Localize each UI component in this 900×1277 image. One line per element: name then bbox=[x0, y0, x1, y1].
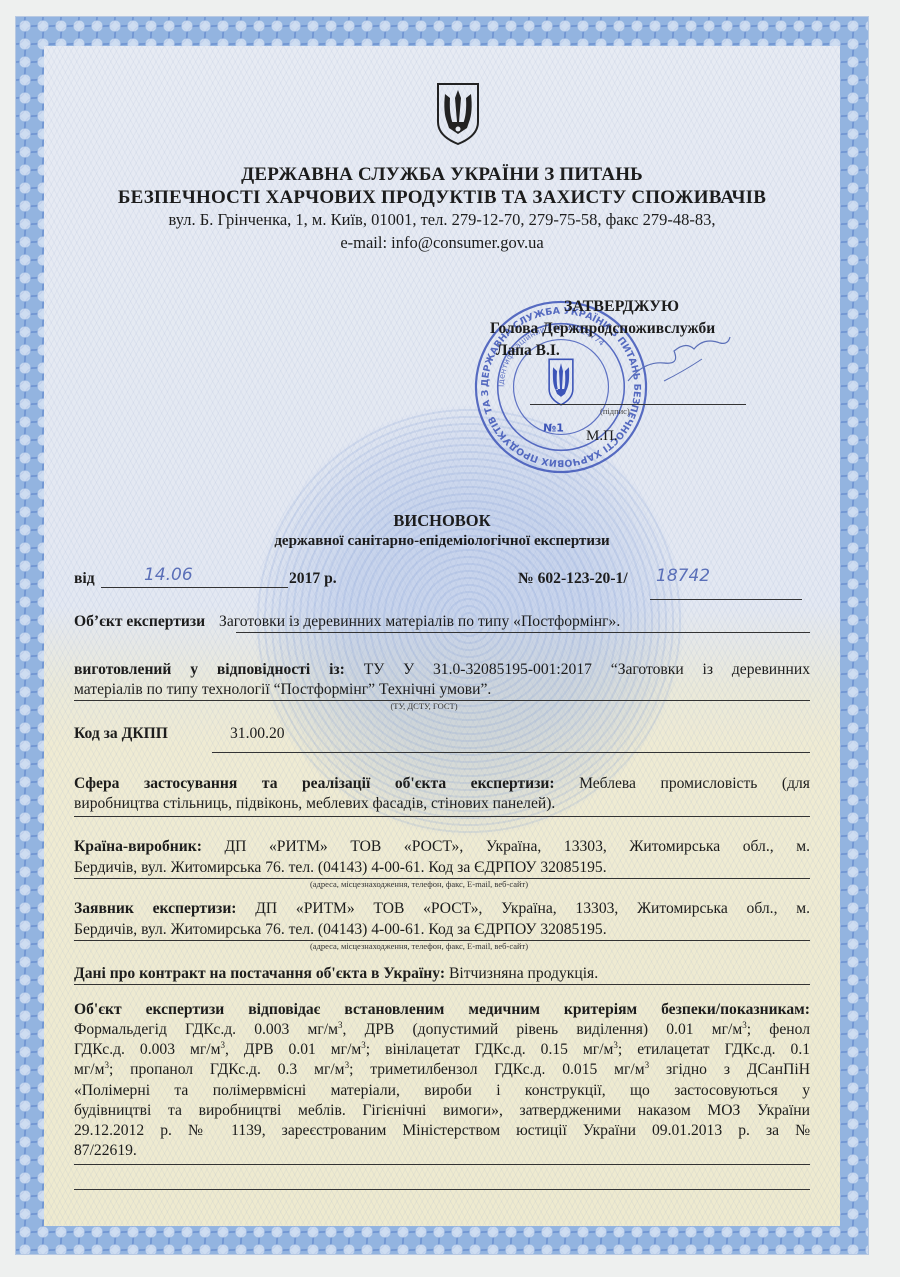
field-producer-label: Країна-виробник: bbox=[74, 838, 202, 855]
conclusion-line: Формальдегід ГДКс.д. 0.003 мг/м3, ДРВ (д… bbox=[74, 1020, 810, 1040]
approver-name: Лапа В.І. bbox=[496, 342, 560, 360]
conclusion-line: 29.12.2012 р. № 1139, зареєстрованим Мін… bbox=[74, 1121, 810, 1141]
date-handwritten: 14.06 bbox=[144, 565, 193, 585]
trident-coat-of-arms-icon bbox=[434, 82, 482, 146]
field-applicant-label: Заявник експертизи: bbox=[74, 900, 237, 917]
field-producer-value-1: ДП «РИТМ» ТОВ «РОСТ», Україна, 13303, Жи… bbox=[225, 838, 810, 855]
conclusion-line: «Полімерні та полімервмісні матеріали, в… bbox=[74, 1081, 810, 1101]
field-producer-value-2: Бердичів, вул. Житомирська 76. тел. (041… bbox=[74, 858, 607, 878]
contract-underline bbox=[74, 984, 810, 985]
dkpp-underline bbox=[212, 752, 810, 753]
conclusion-line: будівництві та виробництві меблів. Гігіє… bbox=[74, 1101, 810, 1121]
field-manufactured-label: виготовлений у відповідності із: bbox=[74, 661, 345, 678]
signature-caption: (підпис) bbox=[600, 406, 630, 416]
certificate-page: ДЕРЖАВНА СЛУЖБА УКРАЇНИ З ПИТАНЬ БЕЗПЕЧН… bbox=[44, 46, 840, 1226]
field-dkpp-value: 31.00.20 bbox=[230, 724, 285, 744]
svg-text:№1: №1 bbox=[543, 422, 564, 435]
field-object-value: Заготовки із деревинних матеріалів по ти… bbox=[219, 613, 620, 630]
scope-underline bbox=[74, 816, 810, 817]
document-title: ВИСНОВОК bbox=[44, 511, 840, 531]
field-applicant-value-2: Бердичів, вул. Житомирська 76. тел. (041… bbox=[74, 920, 607, 940]
field-applicant-value-1: ДП «РИТМ» ТОВ «РОСТ», Україна, 13303, Жи… bbox=[255, 900, 810, 917]
date-year: 2017 р. bbox=[289, 569, 337, 589]
field-scope-value-1: Меблева промисловість (для bbox=[579, 775, 810, 792]
field-scope: Сфера застосування та реалізації об'єкта… bbox=[74, 774, 810, 794]
approve-label: ЗАТВЕРДЖУЮ bbox=[564, 298, 679, 316]
conclusion-line: ГДКс.д. 0.003 мг/м3, ДРВ 0.01 мг/м3; він… bbox=[74, 1040, 810, 1060]
field-contract-value: Вітчизняна продукція. bbox=[449, 965, 598, 982]
field-scope-value-2: виробництва стільниць, підвіконь, меблев… bbox=[74, 794, 555, 814]
conclusion-heading: Об'єкт експертизи відповідає встановлени… bbox=[74, 1000, 810, 1020]
org-email: e-mail: info@consumer.gov.ua bbox=[44, 233, 840, 253]
field-object-label: Об’єкт експертизи bbox=[74, 613, 205, 630]
document-subtitle: державної санітарно-епідеміологічної екс… bbox=[44, 533, 840, 550]
document-number-handwritten: 18742 bbox=[656, 566, 710, 586]
conclusion-underline-1 bbox=[74, 1164, 810, 1165]
field-contract: Дані про контракт на постачання об'єкта … bbox=[74, 964, 598, 984]
org-name-line1: ДЕРЖАВНА СЛУЖБА УКРАЇНИ З ПИТАНЬ bbox=[44, 164, 840, 186]
manufactured-caption: (ТУ, ДСТУ, ГОСТ) bbox=[344, 701, 504, 711]
field-applicant: Заявник експертизи: ДП «РИТМ» ТОВ «РОСТ»… bbox=[74, 899, 810, 919]
signature bbox=[624, 331, 734, 391]
date-line bbox=[101, 587, 288, 588]
field-dkpp-label: Код за ДКПП bbox=[74, 724, 168, 744]
field-producer: Країна-виробник: ДП «РИТМ» ТОВ «РОСТ», У… bbox=[74, 837, 810, 857]
number-line bbox=[650, 599, 802, 600]
signature-line bbox=[530, 404, 746, 405]
seal-label: М.П. bbox=[586, 428, 618, 445]
applicant-caption: (адреса, місцезнаходження, телефон, факс… bbox=[244, 941, 594, 951]
field-manufactured: виготовлений у відповідності із: ТУ У 31… bbox=[74, 660, 810, 680]
org-name-line2: БЕЗПЕЧНОСТІ ХАРЧОВИХ ПРОДУКТІВ ТА ЗАХИСТ… bbox=[44, 187, 840, 209]
producer-caption: (адреса, місцезнаходження, телефон, факс… bbox=[244, 879, 594, 889]
object-underline bbox=[236, 632, 810, 633]
document-number-prefix: № 602-123-20-1/ bbox=[518, 569, 628, 589]
date-prefix: від bbox=[74, 569, 95, 589]
conclusion-underline-2 bbox=[74, 1189, 810, 1190]
field-manufactured-value-1: ТУ У 31.0-32085195-001:2017 “Заготовки і… bbox=[364, 661, 810, 678]
field-contract-label: Дані про контракт на постачання об'єкта … bbox=[74, 965, 445, 982]
org-address: вул. Б. Грінченка, 1, м. Київ, 01001, те… bbox=[44, 210, 840, 230]
conclusion-line: мг/м3; пропанол ГДКс.д. 0.3 мг/м3; триме… bbox=[74, 1060, 810, 1080]
field-scope-label: Сфера застосування та реалізації об'єкта… bbox=[74, 775, 555, 792]
conclusion-line: 87/22619. bbox=[74, 1141, 810, 1161]
conclusion-body: Формальдегід ГДКс.д. 0.003 мг/м3, ДРВ (д… bbox=[74, 1020, 810, 1161]
field-manufactured-value-2: матеріалів по типу технології “Постформі… bbox=[74, 680, 491, 700]
field-object: Об’єкт експертизи Заготовки із деревинни… bbox=[74, 612, 620, 632]
